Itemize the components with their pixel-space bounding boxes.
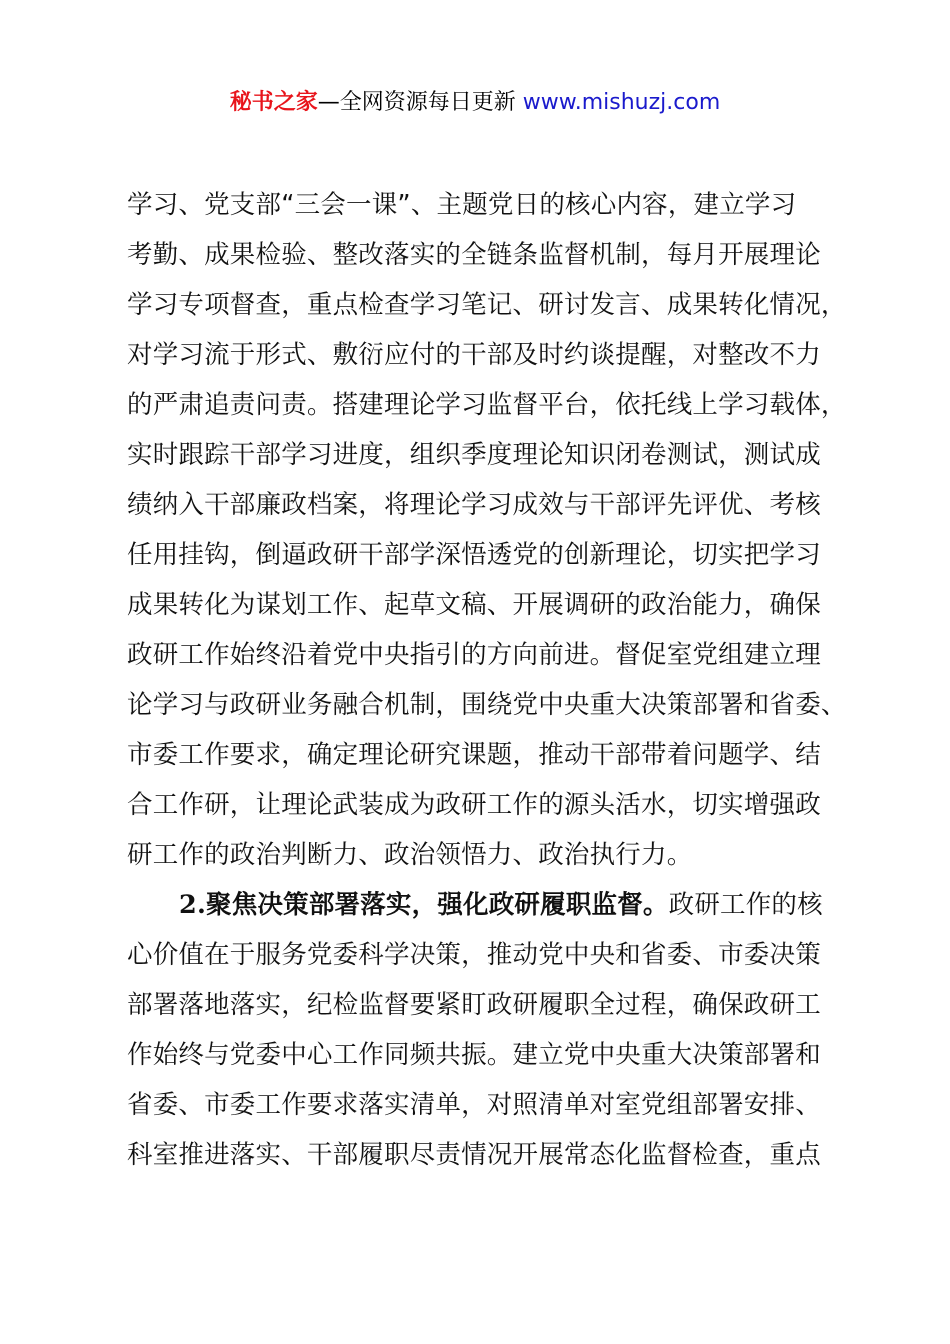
- text-line: 科室推进落实、干部履职尽责情况开展常态化监督检查，重点: [127, 1135, 821, 1175]
- text-line: 作始终与党委中心工作同频共振。建立党中央重大决策部署和: [127, 1035, 821, 1075]
- text-line: 任用挂钩，倒逼政研干部学深悟透党的创新理论，切实把学习: [127, 535, 821, 575]
- text-line: 部署落地落实，纪检监督要紧盯政研履职全过程，确保政研工: [127, 985, 821, 1025]
- text-line: 心价值在于服务党委科学决策，推动党中央和省委、市委决策: [127, 935, 821, 975]
- text-line: 省委、市委工作要求落实清单，对照清单对室党组部署安排、: [127, 1085, 821, 1125]
- text-line: 政研工作始终沿着党中央指引的方向前进。督促室党组建立理: [127, 635, 821, 675]
- text-line: 合工作研，让理论武装成为政研工作的源头活水，切实增强政: [127, 785, 821, 825]
- text-line: 市委工作要求，确定理论研究课题，推动干部带着问题学、结: [127, 735, 821, 775]
- text-line: 实时跟踪干部学习进度，组织季度理论知识闭卷测试，测试成: [127, 435, 821, 475]
- text-line: 研工作的政治判断力、政治领悟力、政治执行力。: [127, 835, 692, 875]
- header-tagline: —全网资源每日更新: [318, 90, 523, 115]
- text-line: 论学习与政研业务融合机制，围绕党中央重大决策部署和省委、: [127, 685, 847, 725]
- page-header: 秘书之家—全网资源每日更新 www.mishuzj.com: [0, 88, 950, 118]
- website-link[interactable]: www.mishuzj.com: [523, 90, 720, 115]
- text-line: 的严肃追责问责。搭建理论学习监督平台，依托线上学习载体，: [127, 385, 847, 425]
- section-text: 政研工作的核: [669, 890, 823, 920]
- text-line: 对学习流于形式、敷衍应付的干部及时约谈提醒，对整改不力: [127, 335, 821, 375]
- section-heading: 2.聚焦决策部署落实，强化政研履职监督。: [179, 890, 669, 920]
- brand-name: 秘书之家: [230, 90, 318, 115]
- text-line: 学习、党支部“三会一课”、主题党日的核心内容，建立学习: [127, 185, 796, 225]
- section-2-first-line: 2.聚焦决策部署落实，强化政研履职监督。政研工作的核: [127, 885, 823, 925]
- text-line: 考勤、成果检验、整改落实的全链条监督机制，每月开展理论: [127, 235, 821, 275]
- text-line: 成果转化为谋划工作、起草文稿、开展调研的政治能力，确保: [127, 585, 821, 625]
- text-line: 学习专项督查，重点检查学习笔记、研讨发言、成果转化情况，: [127, 285, 847, 325]
- text-line: 绩纳入干部廉政档案，将理论学习成效与干部评先评优、考核: [127, 485, 821, 525]
